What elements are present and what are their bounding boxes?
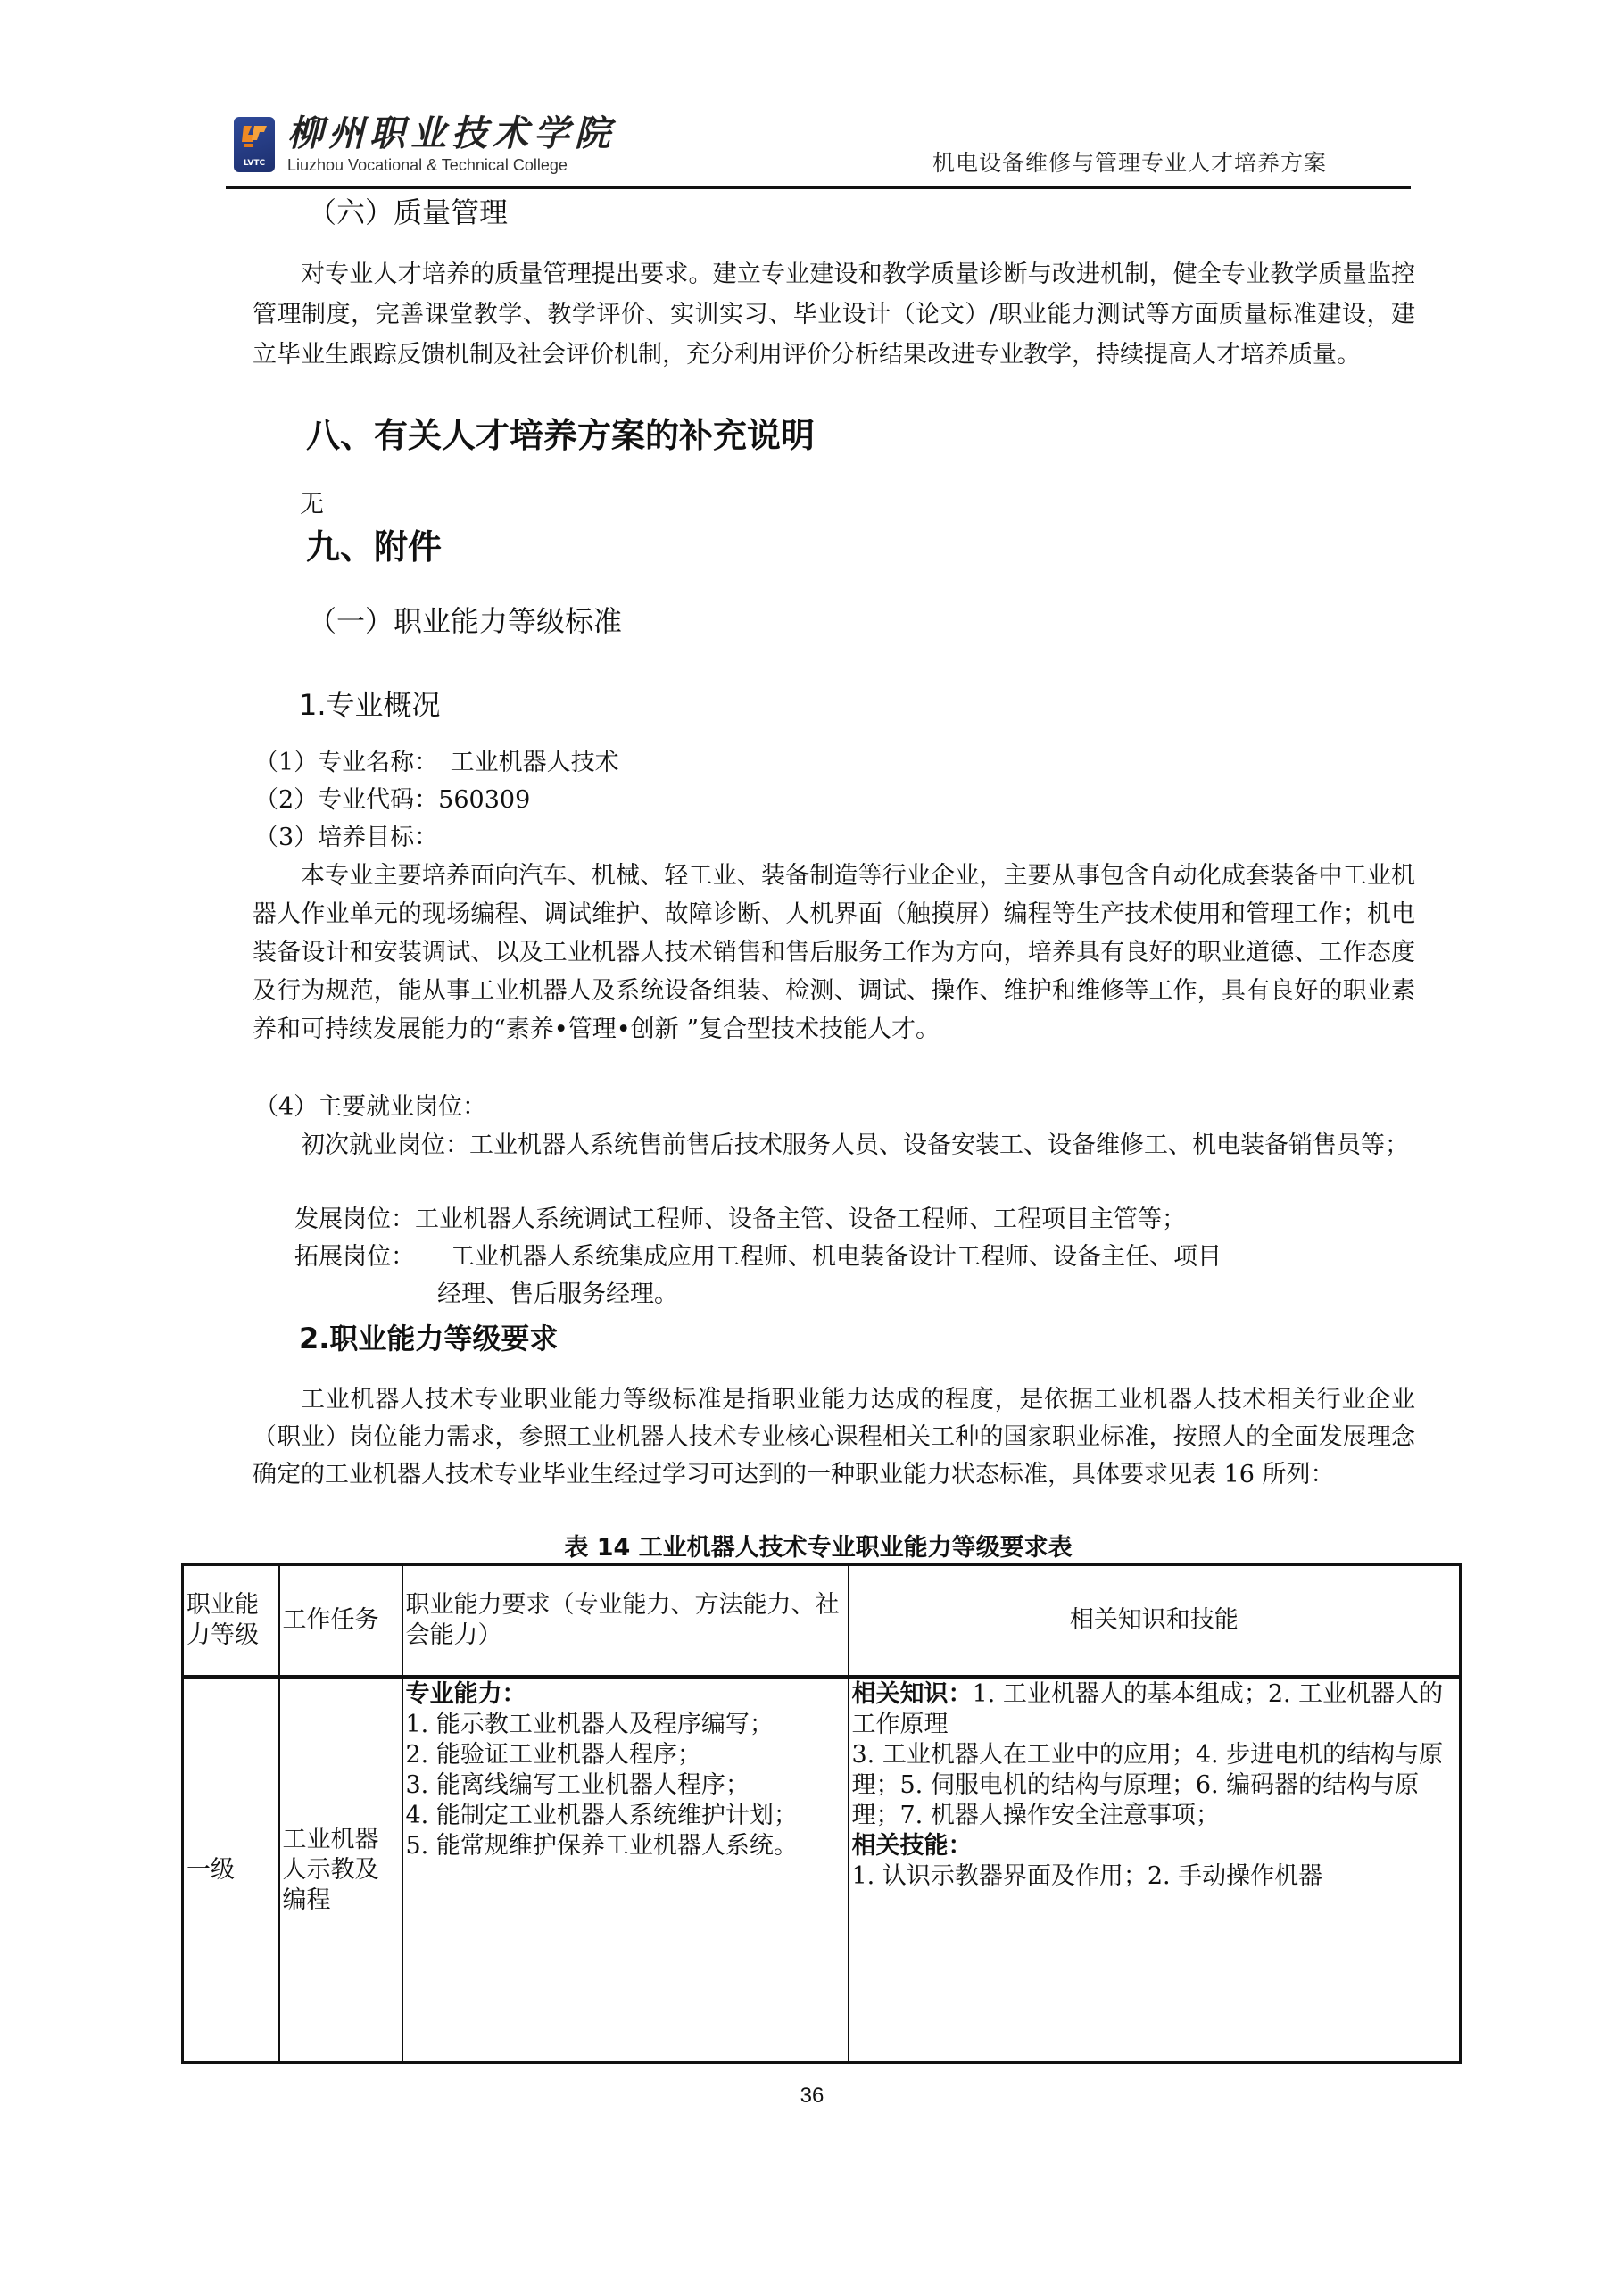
heading-supplement: 八、有关人才培养方案的补充说明: [306, 415, 815, 456]
skills-line: 1. 认识示教器界面及作用；2. 手动操作机器: [852, 1861, 1457, 1892]
college-name-en: Liuzhou Vocational & Technical College: [287, 156, 568, 174]
college-logo: LVTC: [234, 117, 275, 172]
jobs-expand-line2: 经理、售后服务经理。: [437, 1276, 678, 1314]
header-rule: [226, 186, 1411, 189]
document-title: 机电设备维修与管理专业人才培养方案: [932, 150, 1327, 177]
lvtc-logo-icon: [241, 124, 268, 149]
goal-paragraph: 本专业主要培养面向汽车、机械、轻工业、装备制造等行业企业，主要从事包含自动化成套…: [253, 857, 1415, 1049]
jobs-initial: 初次就业岗位：工业机器人系统售前售后技术服务人员、设备安装工、设备维修工、机电装…: [253, 1126, 1415, 1165]
heading-ability-standard: （一）职业能力等级标准: [308, 603, 622, 639]
table-caption: 表 14 工业机器人技术专业职业能力等级要求表: [226, 1533, 1411, 1563]
heading-requirements: 2.职业能力等级要求: [299, 1321, 558, 1356]
ability-item: 4. 能制定工业机器人系统维护计划；: [406, 1801, 845, 1831]
jobs-develop: 发展岗位：工业机器人系统调试工程师、设备主管、设备工程师、工程项目主管等；: [294, 1201, 1186, 1239]
jobs-label: （4）主要就业岗位：: [254, 1089, 486, 1126]
heading-appendix: 九、附件: [306, 526, 442, 568]
jobs-expand-label: 拓展岗位：: [294, 1239, 415, 1276]
heading-overview: 1.专业概况: [299, 687, 441, 723]
col-header-knowledge: 相关知识和技能: [849, 1565, 1461, 1678]
jobs-expand-line1: 工业机器人系统集成应用工程师、机电装备设计工程师、设备主任、项目: [451, 1239, 1222, 1276]
major-code-line: （2）专业代码：560309: [254, 782, 530, 819]
ability-title: 专业能力：: [406, 1679, 845, 1710]
logo-text: LVTC: [234, 159, 275, 168]
paragraph-quality-management: 对专业人才培养的质量管理提出要求。建立专业建设和教学质量诊断与改进机制，健全专业…: [253, 254, 1415, 375]
table-row: 一级 工业机器人示教及编程 专业能力： 1. 能示教工业机器人及程序编写； 2.…: [183, 1678, 1461, 2063]
college-name-cn: 柳州职业技术学院: [287, 114, 616, 153]
ability-item: 5. 能常规维护保养工业机器人系统。: [406, 1831, 845, 1861]
col-header-ability: 职业能力要求（专业能力、方法能力、社会能力）: [402, 1565, 849, 1678]
ability-item: 2. 能验证工业机器人程序；: [406, 1740, 845, 1770]
skills-title: 相关技能：: [852, 1831, 1457, 1861]
col-header-level: 职业能力等级: [183, 1565, 279, 1678]
ability-item: 3. 能离线编写工业机器人程序；: [406, 1770, 845, 1801]
table-header-row: 职业能力等级 工作任务 职业能力要求（专业能力、方法能力、社会能力） 相关知识和…: [183, 1565, 1461, 1678]
cell-level: 一级: [183, 1678, 279, 2063]
cell-knowledge-skills: 相关知识：1. 工业机器人的基本组成；2. 工业机器人的工作原理 3. 工业机器…: [849, 1678, 1461, 2063]
page-number: 36: [0, 2084, 1624, 2109]
major-name-line: （1）专业名称： 工业机器人技术: [254, 744, 619, 782]
cell-task: 工业机器人示教及编程: [279, 1678, 402, 2063]
requirements-paragraph: 工业机器人技术专业职业能力等级标准是指职业能力达成的程度，是依据工业机器人技术相…: [253, 1381, 1415, 1494]
ability-item: 1. 能示教工业机器人及程序编写；: [406, 1710, 845, 1740]
knowledge-title: 相关知识：: [852, 1680, 973, 1708]
goal-label: （3）培养目标：: [254, 819, 438, 857]
heading-quality-management: （六）质量管理: [308, 195, 508, 230]
ability-level-table: 职业能力等级 工作任务 职业能力要求（专业能力、方法能力、社会能力） 相关知识和…: [181, 1563, 1462, 2064]
knowledge-line: 3. 工业机器人在工业中的应用；4. 步进电机的结构与原理；5. 伺服电机的结构…: [852, 1740, 1457, 1831]
supplement-content: 无: [300, 486, 324, 524]
col-header-task: 工作任务: [279, 1565, 402, 1678]
cell-abilities: 专业能力： 1. 能示教工业机器人及程序编写； 2. 能验证工业机器人程序； 3…: [402, 1678, 849, 2063]
